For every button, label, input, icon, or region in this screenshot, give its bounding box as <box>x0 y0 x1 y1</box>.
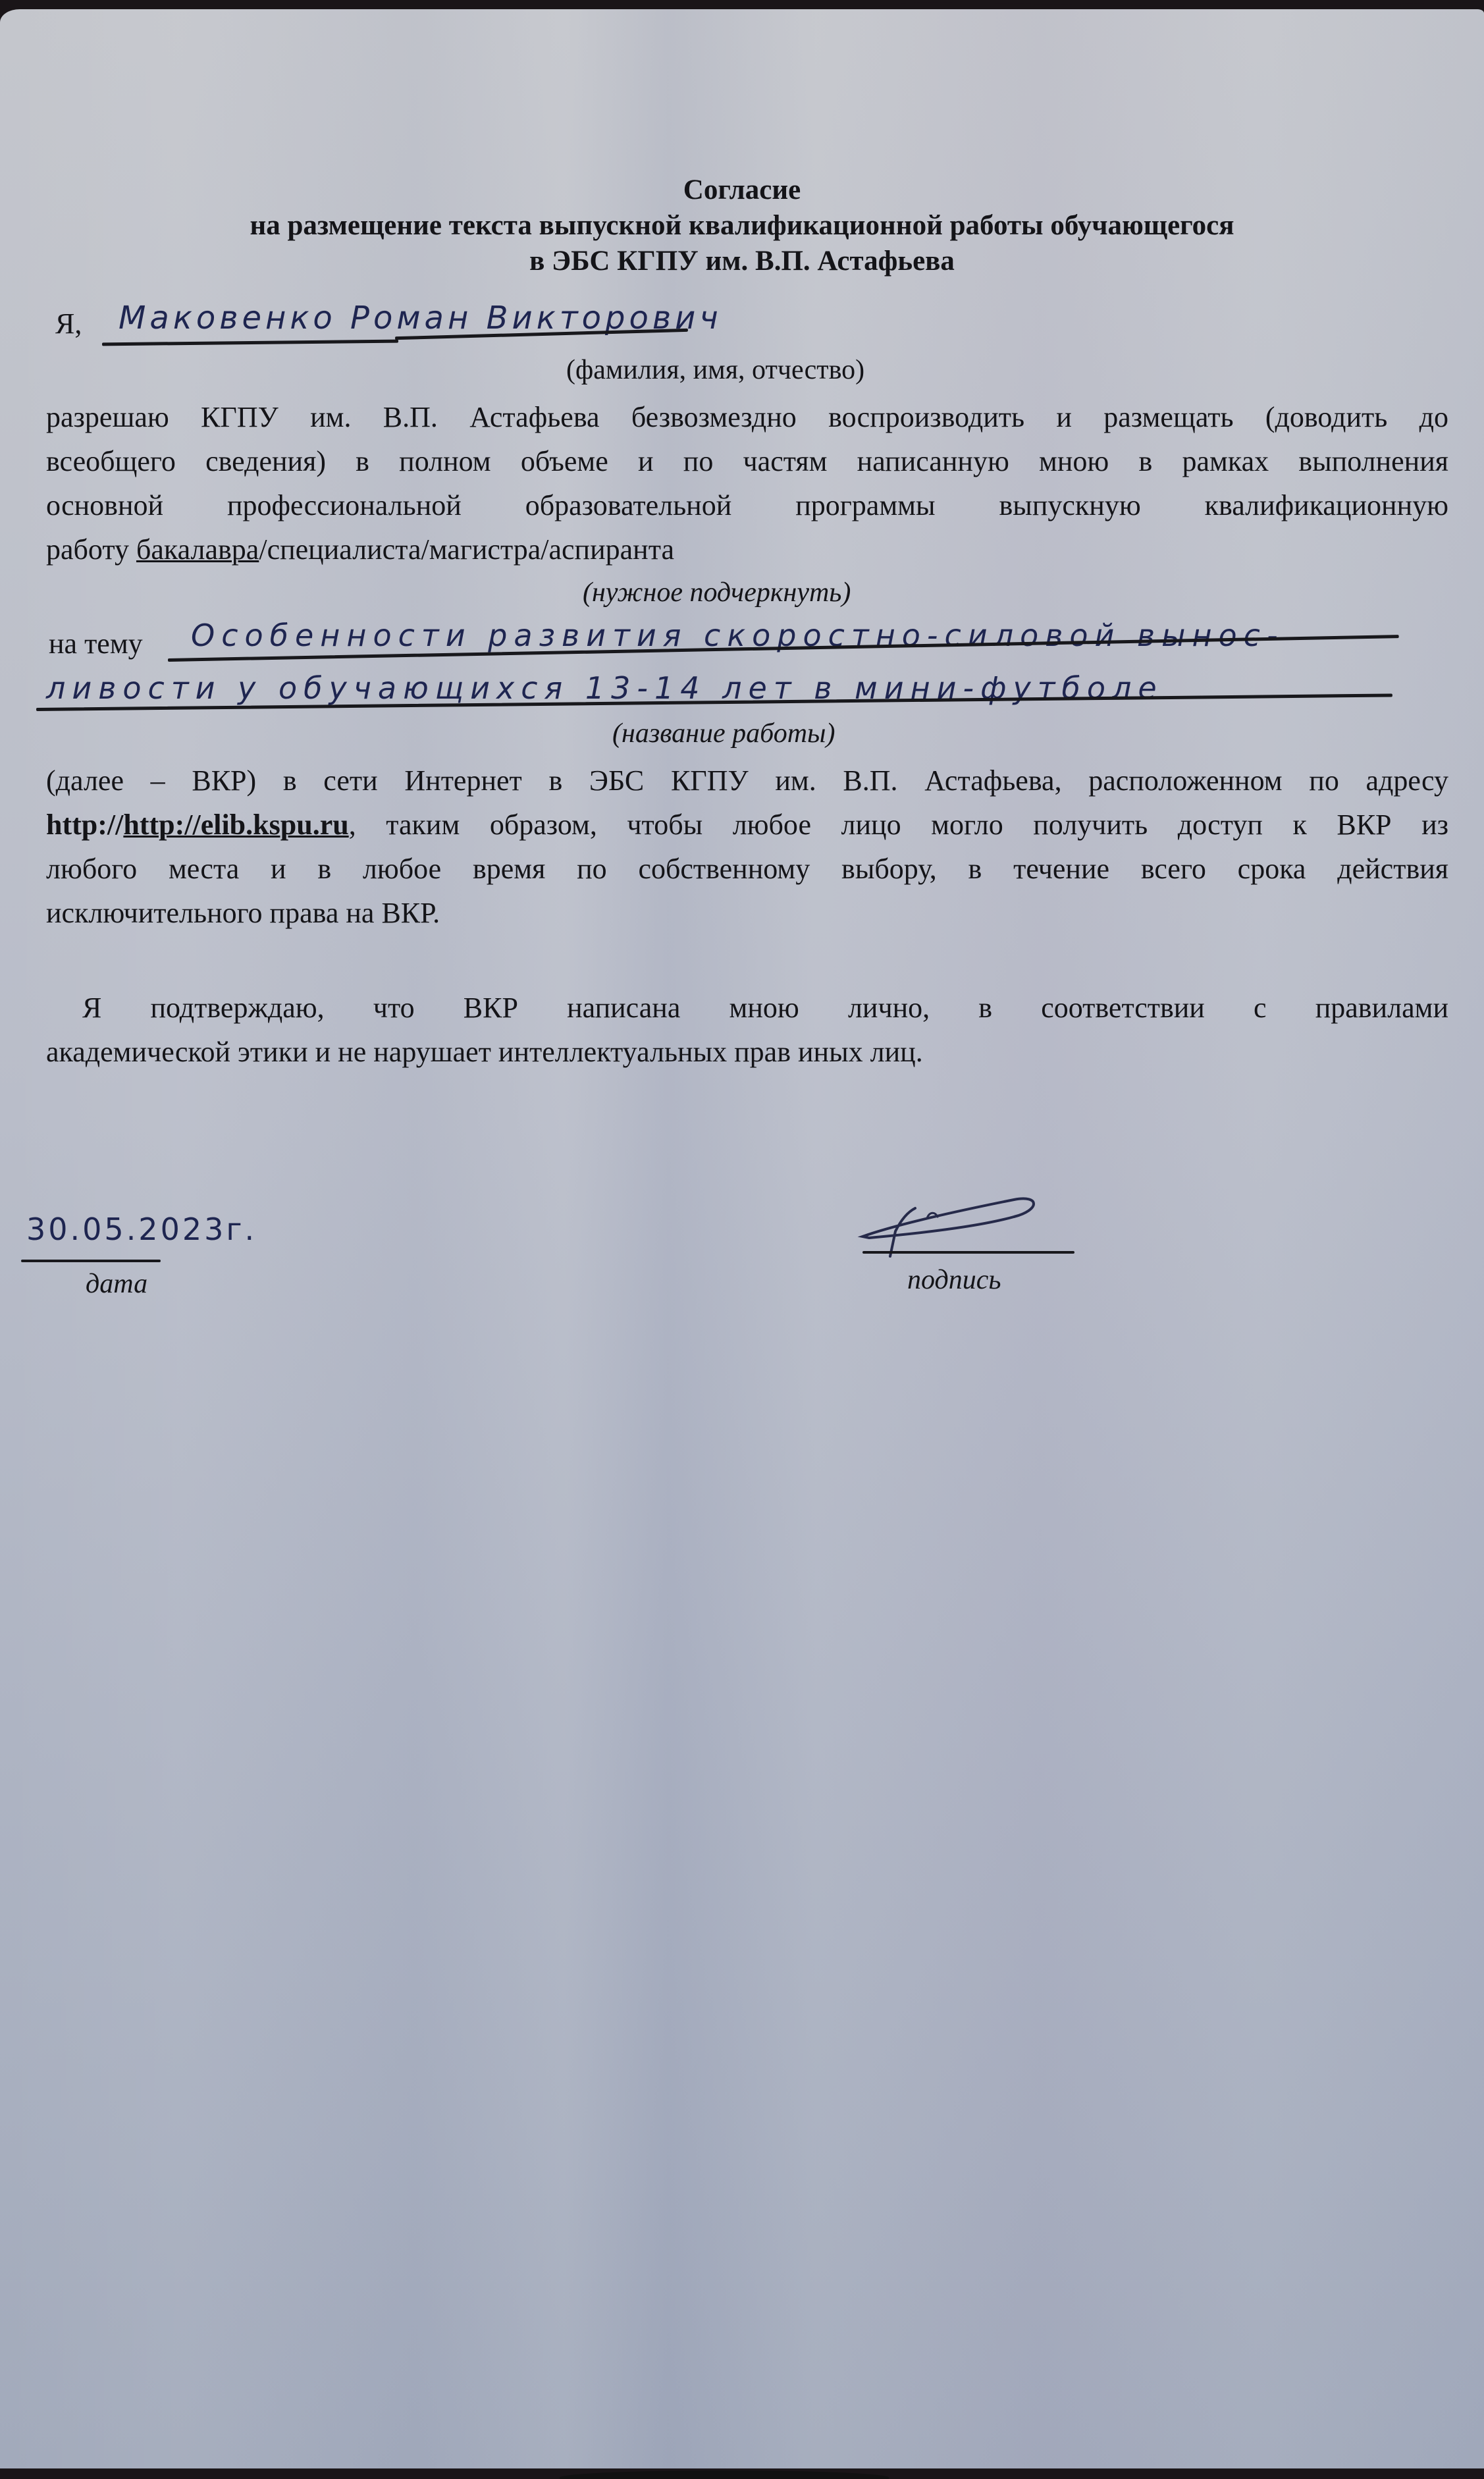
permission-line-3: основной профессиональной образовательно… <box>46 483 1448 527</box>
degree-caption: (нужное подчеркнуть) <box>583 577 851 608</box>
permission-paragraph: разрешаю КГПУ им. В.П. Астафьева безвозм… <box>46 395 1448 572</box>
confirmation-line-1: Я подтверждаю, что ВКР написана мною лич… <box>46 986 1448 1030</box>
url-prefix: http:// <box>46 809 123 841</box>
signature-mark-icon <box>856 1192 1080 1271</box>
signature-caption: подпись <box>907 1264 1001 1296</box>
degree-option-postgraduate[interactable]: аспиранта <box>548 533 674 566</box>
date-field-rule <box>21 1260 161 1262</box>
degree-option-bachelor[interactable]: бакалавра <box>136 533 259 566</box>
degree-prefix: работу <box>46 533 129 566</box>
publication-line-4: исключительного права на ВКР. <box>46 891 1448 935</box>
degree-option-specialist[interactable]: специалиста <box>267 533 421 566</box>
permission-line-2: всеобщего сведения) в полном объеме и по… <box>46 439 1448 483</box>
name-prefix: Я, <box>55 307 82 340</box>
publication-line-2-rest: , таким образом, чтобы любое лицо могло … <box>349 809 1448 841</box>
publication-line-2: http://http://elib.kspu.ru, таким образо… <box>46 803 1448 847</box>
topic-caption: (название работы) <box>612 718 835 749</box>
title-line-2: на размещение текста выпускной квалифика… <box>0 208 1484 244</box>
signature-field-rule <box>862 1251 1074 1254</box>
permission-line-1: разрешаю КГПУ им. В.П. Астафьева безвозм… <box>46 395 1448 439</box>
degree-line: работу бакалавра/специалиста/магистра/ас… <box>46 527 1448 572</box>
publication-line-3: любого места и в любое время по собствен… <box>46 847 1448 891</box>
date-caption: дата <box>86 1268 147 1300</box>
name-caption: (фамилия, имя, отчество) <box>566 354 864 386</box>
date-handwritten: 30.05.2023г. <box>26 1212 257 1247</box>
publication-paragraph: (далее – ВКР) в сети Интернет в ЭБС КГПУ… <box>46 759 1448 935</box>
photo-background-bottom <box>560 2470 889 2479</box>
confirmation-line-2: академической этики и не нарушает интелл… <box>46 1030 1448 1074</box>
title-line-3: в ЭБС КГПУ им. В.П. Астафьева <box>0 244 1484 279</box>
publication-line-1: (далее – ВКР) в сети Интернет в ЭБС КГПУ… <box>46 759 1448 803</box>
document-title: Согласие на размещение текста выпускной … <box>0 173 1484 279</box>
degree-option-master[interactable]: магистра <box>429 533 541 566</box>
elib-url-link[interactable]: http://elib.kspu.ru <box>123 809 348 841</box>
title-line-1: Согласие <box>0 173 1484 208</box>
confirmation-paragraph: Я подтверждаю, что ВКР написана мною лич… <box>46 986 1448 1074</box>
topic-prefix: на тему <box>49 627 143 660</box>
